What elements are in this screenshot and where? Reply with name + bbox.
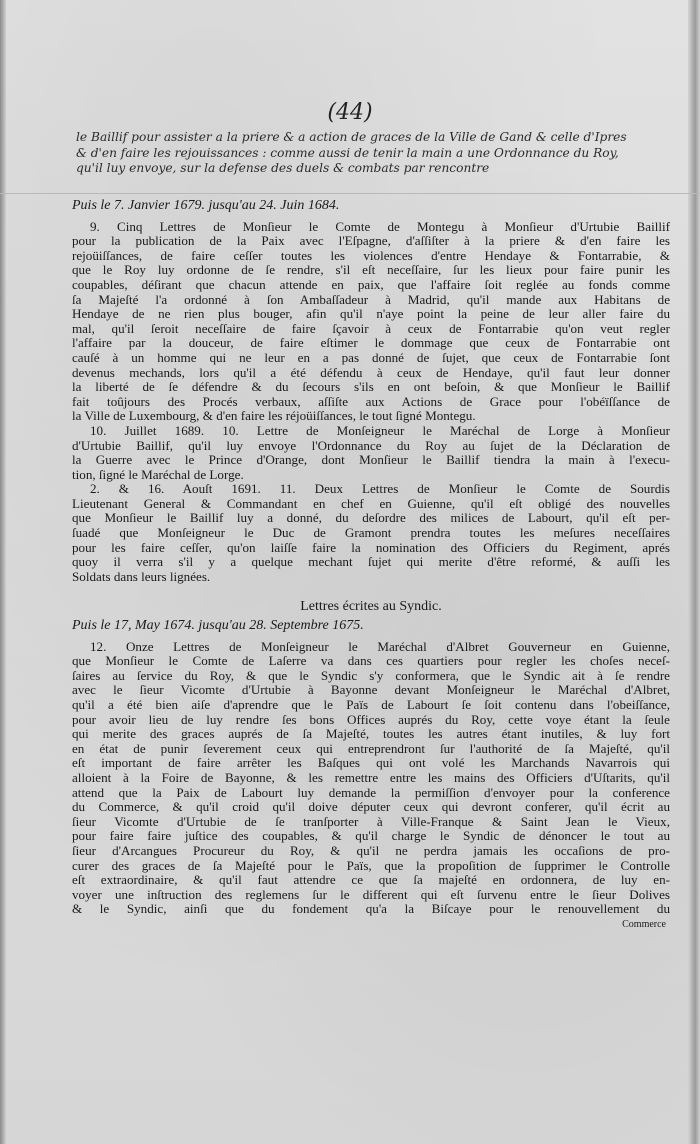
document-page: (44) le Baillif pour assister a la prier… [0, 0, 700, 1144]
text-line: quoy il verra s'il y a quelque mechant ſ… [72, 555, 670, 570]
text-line: ſieur Vicomte d'Urtubie de ſe tranſporte… [72, 815, 670, 830]
text-line: la Guerre avec le Prince d'Orange, dont … [72, 453, 670, 468]
entry-12: 12. Onze Lettres de Monſeigneur le Maréc… [72, 640, 670, 917]
entry-10: 10. Juillet 1689. 10. Lettre de Monſeign… [72, 424, 670, 482]
fold-line [0, 193, 700, 194]
handwritten-line: le Baillif pour assister a la priere & a… [76, 130, 676, 146]
text-line: ſieur d'Arcangues Procureur du Roy, & qu… [72, 844, 670, 859]
text-line: voyer une inſtruction des reglemens ſur … [72, 888, 670, 903]
handwritten-line: & d'en faire les rejouissances : comme a… [76, 146, 676, 162]
handwritten-line: qu'il luy envoye, sur la defense des due… [76, 161, 676, 177]
text-line: coupables, déſirant que chacun attende e… [72, 278, 670, 293]
page-edge-left [0, 0, 6, 1144]
section2-title: Lettres écrites au Syndic. [72, 600, 670, 615]
text-line: pour la publication de la Paix avec l'Eſ… [72, 234, 670, 249]
text-line: devenus mechands, lors qu'il a été défen… [72, 366, 670, 381]
text-line: du Commerce, & qu'il croid qu'il doive d… [72, 800, 670, 815]
text-line: pour faire faire juſtice des coupables, … [72, 829, 670, 844]
text-line: cauſé à un homme qui ne leur en a pas do… [72, 351, 670, 366]
section2-dateline: Puis le 17, May 1674. jusqu'au 28. Septe… [72, 619, 670, 634]
text-line: attend que la Paix de Labourt luy demand… [72, 786, 670, 801]
text-line: eſt important de faire arrêter les Baſqu… [72, 756, 670, 771]
text-line: rejoüiſſances, de faire ceſſer toutes le… [72, 249, 670, 264]
text-line: l'affaire par la douceur, de faire eſtim… [72, 336, 670, 351]
text-line: tion, ſigné le Maréchal de Lorge. [72, 468, 670, 483]
text-line: fait toûjours des Procés verbaux, aſſiſt… [72, 395, 670, 410]
text-line: ſaires au ſervice du Roy, & que le Syndi… [72, 669, 670, 684]
text-line: curer des graces de ſa Majeſté pour le P… [72, 859, 670, 874]
text-line: pour avoir lieu de luy rendre ſes bons O… [72, 713, 670, 728]
text-line: Lieutenant General & Commandant en chef … [72, 497, 670, 512]
page-number: (44) [0, 100, 700, 125]
entry-11: 2. & 16. Aouſt 1691. 11. Deux Lettres de… [72, 482, 670, 584]
text-line: que le Roy luy ordonne de ſe rendre, s'i… [72, 263, 670, 278]
text-line: avec le ſieur Vicomte d'Urtubie à Bayonn… [72, 683, 670, 698]
text-line: alloient à la Foire de Bayonne, & les re… [72, 771, 670, 786]
text-line: 9. Cinq Lettres de Monſieur le Comte de … [72, 220, 670, 235]
text-line: Hendaye de ne rien plus bouger, afin qu'… [72, 307, 670, 322]
text-line: 10. Juillet 1689. 10. Lettre de Monſeign… [72, 424, 670, 439]
text-line: que Monſieur le Baillif luy a donné, du … [72, 511, 670, 526]
text-line: pour les faire ceſſer, qu'on laiſſe fair… [72, 541, 670, 556]
printed-body: Puis le 7. Janvier 1679. jusqu'au 24. Ju… [72, 199, 670, 933]
text-line: d'Urtubie Baillif, qu'il luy envoye l'Or… [72, 439, 670, 454]
text-line: qui merite des graces auprés de ſa Majeſ… [72, 727, 670, 742]
text-line: ſa Majeſté l'a ordonné à ſon Ambaſſadeur… [72, 293, 670, 308]
text-line: Soldats dans leurs lignées. [72, 570, 670, 585]
text-line: 2. & 16. Aouſt 1691. 11. Deux Lettres de… [72, 482, 670, 497]
section1-dateline: Puis le 7. Janvier 1679. jusqu'au 24. Ju… [72, 199, 670, 214]
entry-9: 9. Cinq Lettres de Monſieur le Comte de … [72, 220, 670, 424]
text-line: mal, qu'il ſeroit neceſſaire de faire ſç… [72, 322, 670, 337]
text-line: & le Syndic, ainſi que du fondement qu'a… [72, 902, 670, 917]
text-line: 12. Onze Lettres de Monſeigneur le Maréc… [72, 640, 670, 655]
text-line: en état de punir ſeverement ceux qui ent… [72, 742, 670, 757]
text-line: la Ville de Luxembourg, & d'en faire les… [72, 409, 670, 424]
text-line: qu'il a été bien aiſe d'aprendre que le … [72, 698, 670, 713]
text-line: que Monſieur le Comte de Laſerre va dans… [72, 654, 670, 669]
handwritten-annotation: le Baillif pour assister a la priere & a… [76, 130, 676, 177]
text-line: la liberté de ſe défendre & du ſecours s… [72, 380, 670, 395]
page-edge-right [688, 0, 700, 1144]
catchword: Commerce [72, 918, 670, 933]
text-line: eſt extraordinaire, & qu'il faut attendr… [72, 873, 670, 888]
text-line: ſuadé que Monſeigneur le Duc de Gramont … [72, 526, 670, 541]
